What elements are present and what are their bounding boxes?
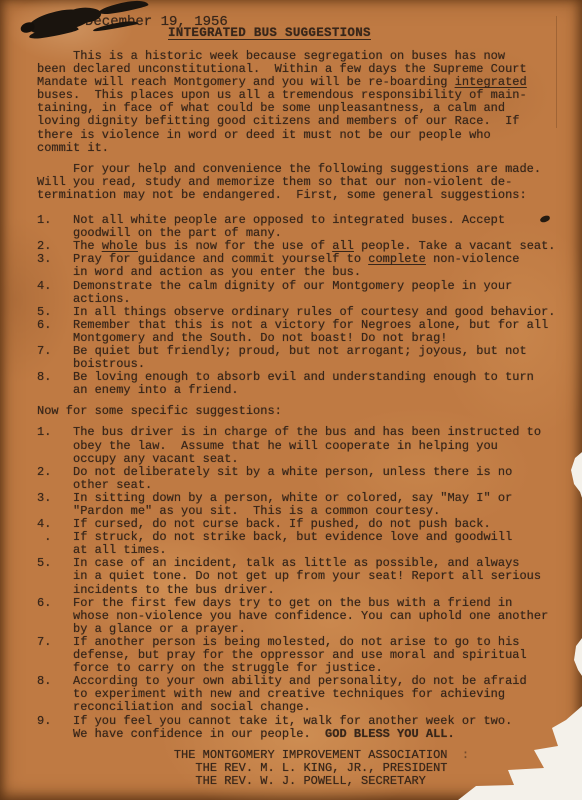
text-line: an enemy into a friend. (37, 384, 556, 397)
text-segment: 6. Remember that this is not a victory f… (37, 318, 548, 332)
text-segment: : (447, 748, 469, 762)
text-segment: people. Take a vacant seat. (354, 239, 556, 253)
text-line: THE REV. W. J. POWELL, SECRETARY (37, 775, 556, 788)
text-segment: GOD BLESS YOU ALL. (325, 727, 455, 741)
text-segment: goodwill on the part of many. (37, 226, 282, 240)
text-segment: For your help and convenience the follow… (37, 162, 541, 176)
text-segment: whole (102, 239, 138, 253)
text-segment: obey the law. Assume that he will cooper… (37, 439, 498, 453)
text-segment: 5. In case of an incident, talk as littl… (37, 556, 519, 570)
scanned-document: December 19, 1956 INTEGRATED BUS SUGGEST… (0, 0, 582, 800)
text-segment: there is violence in word or deed it mus… (37, 128, 491, 142)
specific-suggestions-list: 1. The bus driver is in charge of the bu… (37, 426, 556, 740)
text-segment: complete (368, 252, 426, 266)
text-segment: 5. In all things observe ordinary rules … (37, 305, 555, 319)
text-segment: loving dignity befitting good citizens a… (37, 114, 519, 128)
text-segment: an enemy into a friend. (37, 383, 239, 397)
text-line: there is violence in word or deed it mus… (37, 129, 556, 142)
text-segment: 3. Pray for guidance and commit yourself… (37, 252, 368, 266)
text-line: Now for some specific suggestions: (37, 405, 556, 418)
text-segment: 7. If another person is being molested, … (37, 635, 519, 649)
text-segment: 7. Be quiet but friendly; proud, but not… (37, 344, 527, 358)
text-segment: 8. Be loving enough to absorb evil and u… (37, 370, 534, 384)
text-segment: 6. For the first few days try to get on … (37, 596, 512, 610)
text-segment: commit it. (37, 141, 109, 155)
text-segment: Will you read, study and memorize them s… (37, 175, 512, 189)
text-segment: buses. This places upon us all a tremend… (37, 88, 527, 102)
text-segment: THE REV. W. J. POWELL, SECRETARY (37, 774, 426, 788)
help-paragraph: For your help and convenience the follow… (37, 163, 556, 202)
text-segment: integrated (455, 75, 527, 89)
text-segment: reconciliation and social change. (37, 700, 311, 714)
text-segment: actions. (37, 292, 131, 306)
document-title: INTEGRATED BUS SUGGESTIONS (168, 26, 371, 40)
paper-crease (556, 16, 557, 128)
text-segment: incidents to the bus driver. (37, 583, 275, 597)
text-segment: bus is now for the use of (138, 239, 332, 253)
text-segment: This is a historic week because segregat… (37, 49, 505, 63)
text-segment: non-violence (426, 252, 520, 266)
text-segment: Montgomery and the South. Do not boast! … (37, 331, 447, 345)
text-segment: Mandate will reach Montgomery and you wi… (37, 75, 455, 89)
text-segment: We have confidence in our people. (37, 727, 325, 741)
text-segment: to experiment with new and creative tech… (37, 687, 505, 701)
text-segment: THE REV. M. L. KING, JR., PRESIDENT (37, 761, 447, 775)
text-segment: other seat. (37, 478, 152, 492)
text-segment: 3. In sitting down by a person, white or… (37, 491, 512, 505)
text-segment: 1. The bus driver is in charge of the bu… (37, 425, 541, 439)
text-segment: 1. Not all white people are opposed to i… (37, 213, 505, 227)
text-segment: defense, but pray for the oppressor and … (37, 648, 527, 662)
text-segment: boistrous. (37, 357, 145, 371)
specific-suggestions-intro: Now for some specific suggestions: (37, 405, 556, 418)
text-segment: whose non-violence you have confidence. … (37, 609, 548, 623)
text-segment: in a quiet tone. Do not get up from your… (37, 569, 541, 583)
opening-paragraph: This is a historic week because segregat… (37, 50, 556, 155)
text-segment: all (332, 239, 354, 253)
text-segment: THE MONTGOMERY IMPROVEMENT ASSOCIATION (37, 748, 447, 762)
text-segment: Now for some specific suggestions: (37, 404, 282, 418)
text-segment: been declared unconstitutional. Within a… (37, 62, 527, 76)
text-segment: 9. If you feel you cannot take it, walk … (37, 714, 512, 728)
text-line: We have confidence in our people. GOD BL… (37, 728, 556, 741)
text-segment: 2. The (37, 239, 102, 253)
document-body: This is a historic week because segregat… (37, 50, 556, 788)
text-segment: 4. Demonstrate the calm dignity of our M… (37, 279, 512, 293)
text-segment: force to carry on the struggle for justi… (37, 661, 383, 675)
text-segment: termination may not be endangered. First… (37, 188, 527, 202)
text-segment: at all times. (37, 543, 167, 557)
general-suggestions-list: 1. Not all white people are opposed to i… (37, 214, 556, 397)
text-segment: 8. According to your own ability and per… (37, 674, 527, 688)
text-segment: in word and action as you enter the bus. (37, 265, 361, 279)
text-segment: by a glance or a prayer. (37, 622, 246, 636)
text-line: commit it. (37, 142, 556, 155)
text-segment: 2. Do not deliberately sit by a white pe… (37, 465, 512, 479)
text-segment: taining, in face of what could be some u… (37, 101, 505, 115)
signature-block: THE MONTGOMERY IMPROVEMENT ASSOCIATION :… (37, 749, 556, 788)
text-segment: . If struck, do not strike back, but evi… (37, 530, 512, 544)
text-segment: occupy any vacant seat. (37, 452, 239, 466)
text-line: termination may not be endangered. First… (37, 189, 556, 202)
text-segment: "Pardon me" as you sit. This is a common… (37, 504, 440, 518)
text-segment: 4. If cursed, do not curse back. If push… (37, 517, 491, 531)
